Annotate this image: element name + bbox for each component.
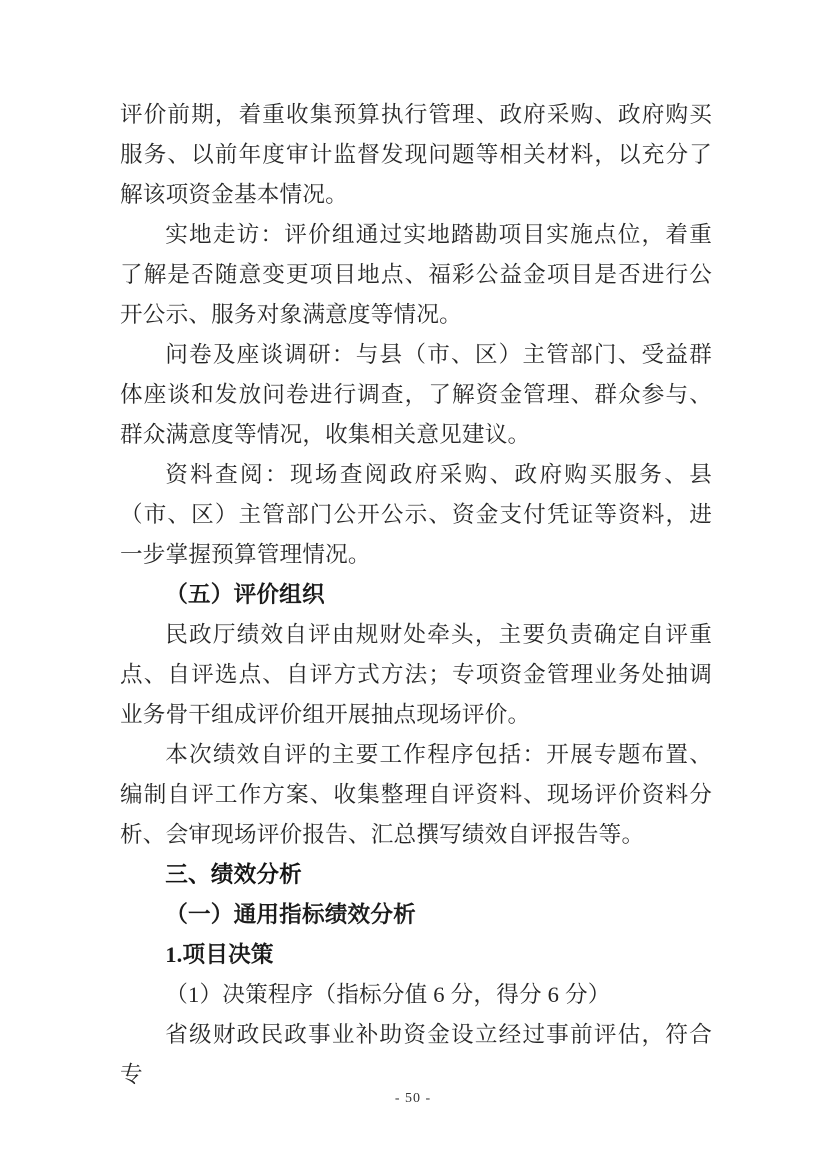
body-paragraph: 民政厅绩效自评由规财处牵头，主要负责确定自评重点、自评选点、自评方式方法；专项资… [120, 615, 712, 735]
indicator-score-line: （1）决策程序（指标分值 6 分，得分 6 分） [120, 975, 712, 1015]
body-paragraph: 实地走访：评价组通过实地踏勘项目实施点位，着重了解是否随意变更项目地点、福彩公益… [120, 215, 712, 335]
section-heading-l2: （五）评价组织 [120, 575, 712, 615]
page-body-text: 评价前期，着重收集预算执行管理、政府采购、政府购买服务、以前年度审计监督发现问题… [120, 95, 712, 1095]
section-heading-l3: 1.项目决策 [120, 935, 712, 975]
body-paragraph: 省级财政民政事业补助资金设立经过事前评估，符合专 [120, 1015, 712, 1095]
section-heading-l1: 三、绩效分析 [120, 855, 712, 895]
document-page: 评价前期，着重收集预算执行管理、政府采购、政府购买服务、以前年度审计监督发现问题… [0, 0, 826, 1169]
body-paragraph: 评价前期，着重收集预算执行管理、政府采购、政府购买服务、以前年度审计监督发现问题… [120, 95, 712, 215]
section-heading-l2: （一）通用指标绩效分析 [120, 895, 712, 935]
body-paragraph: 本次绩效自评的主要工作程序包括：开展专题布置、编制自评工作方案、收集整理自评资料… [120, 735, 712, 855]
body-paragraph: 资料查阅：现场查阅政府采购、政府购买服务、县（市、区）主管部门公开公示、资金支付… [120, 455, 712, 575]
page-number: - 50 - [0, 1091, 826, 1107]
body-paragraph: 问卷及座谈调研：与县（市、区）主管部门、受益群体座谈和发放问卷进行调查，了解资金… [120, 335, 712, 455]
